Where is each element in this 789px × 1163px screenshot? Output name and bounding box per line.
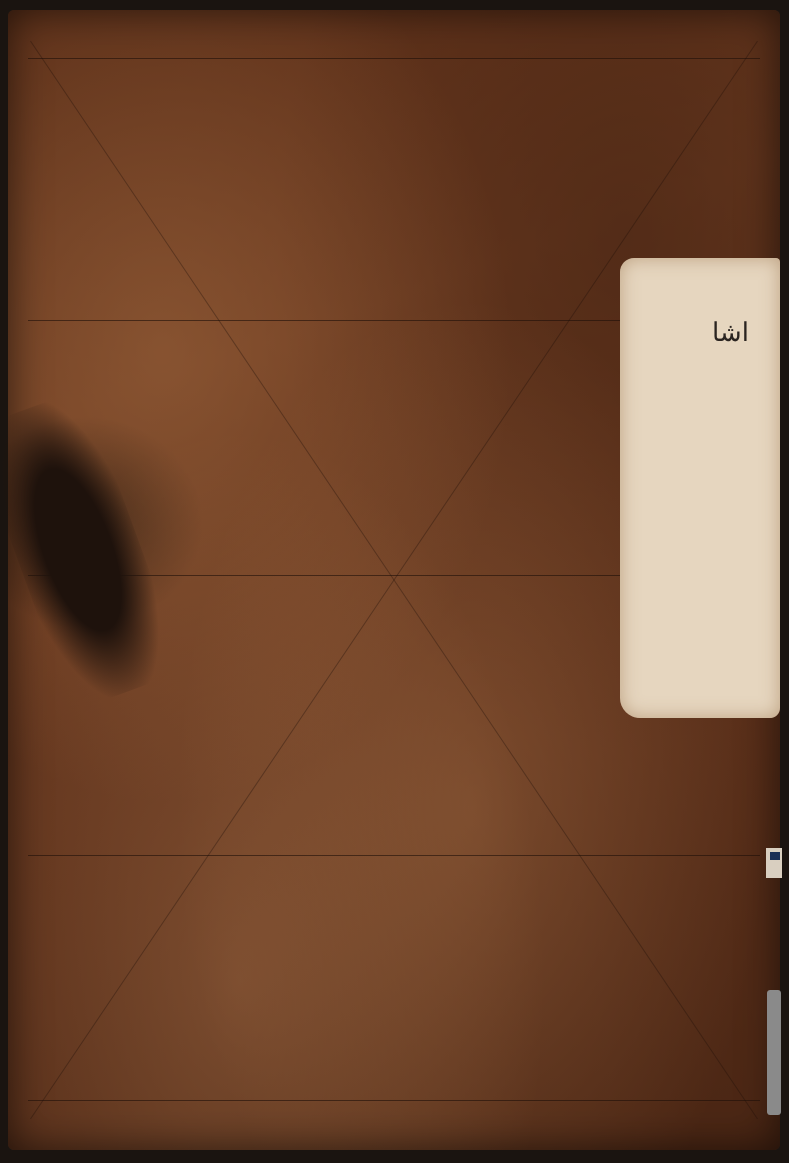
tooled-border-line (28, 855, 760, 856)
label-handwriting: اشا (712, 318, 749, 348)
tooled-border-line (28, 58, 760, 59)
shelf-tag (767, 990, 781, 1115)
dark-stain (0, 389, 186, 712)
library-sticker (766, 848, 782, 878)
paper-label (620, 258, 780, 718)
tooled-border-line (28, 1100, 760, 1101)
